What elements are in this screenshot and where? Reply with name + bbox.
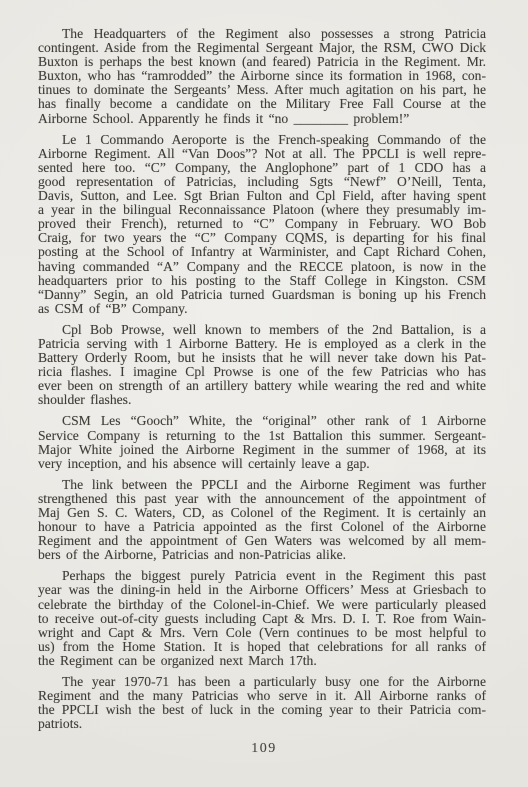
text-line: celebrate the birthday of the Colonel-in… [38, 598, 486, 612]
text-line: the Regiment can be organized next March… [38, 654, 486, 668]
text-line: Buxton is perhaps the best known (and fe… [38, 55, 486, 69]
text-line: Patricia serving with 1 Airborne Battery… [38, 337, 486, 351]
text-line: Cpl Bob Prowse, well known to members of… [38, 323, 486, 337]
text-line: to receive out-of-city guests including … [38, 612, 486, 626]
paragraph: Cpl Bob Prowse, well known to members of… [38, 323, 486, 408]
text-line: Buxton, who has “ramrodded” the Airborne… [38, 69, 486, 83]
text-line: Battery Orderly Room, but he insists tha… [38, 351, 486, 365]
paragraph: Perhaps the biggest purely Patricia even… [38, 569, 486, 668]
text-line: the PPCLI wish the best of luck in the c… [38, 703, 486, 717]
text-line: Craig, for two years the “C” Company CQM… [38, 231, 486, 245]
paragraph: Le 1 Commando Aeroporte is the French-sp… [38, 133, 486, 316]
text-line: Major White joined the Airborne Regiment… [38, 443, 486, 457]
text-line: a year in the bilingual Reconnaissance P… [38, 203, 486, 217]
text-line: having commanded “A” Company and the REC… [38, 260, 486, 274]
text-line: Regiment and the appointment of Gen Wate… [38, 534, 486, 548]
text-line: good representation of Patricias, includ… [38, 175, 486, 189]
text-line: ricia flashes. I imagine Cpl Prowse is o… [38, 365, 486, 379]
text-line: The year 1970-71 has been a particularly… [38, 675, 486, 689]
text-line: Maj Gen S. C. Waters, CD, as Colonel of … [38, 506, 486, 520]
text-line: “Danny” Segin, an old Patricia turned Gu… [38, 288, 486, 302]
page-number: 109 [0, 741, 528, 757]
text-line: Airborne School. Apparently he finds it … [38, 112, 486, 126]
text-line: Regiment and the many Patricias who serv… [38, 689, 486, 703]
text-line: honour to have a Patricia appointed as t… [38, 520, 486, 534]
text-line: Service Company is returning to the 1st … [38, 429, 486, 443]
text-line: tinues to dominate the Sergeants’ Mess. … [38, 83, 486, 97]
text-line: as CSM of “B” Company. [38, 302, 486, 316]
text-line: very inception, and his absence will cer… [38, 457, 486, 471]
text-line: bers of the Airborne, Patricias and non-… [38, 548, 486, 562]
text-line: Perhaps the biggest purely Patricia even… [38, 569, 486, 583]
paragraph: The Headquarters of the Regiment also po… [38, 27, 486, 126]
document-page: The Headquarters of the Regiment also po… [0, 0, 528, 787]
text-line: proved their French), returned to “C” Co… [38, 217, 486, 231]
text-line: us) from the Home Station. It is hoped t… [38, 640, 486, 654]
text-line: contingent. Aside from the Regimental Se… [38, 41, 486, 55]
text-line: has finally become a candidate on the Mi… [38, 97, 486, 111]
text-line: CSM Les “Gooch” White, the “original” ot… [38, 414, 486, 428]
text-line: The link between the PPCLI and the Airbo… [38, 478, 486, 492]
text-line: strengthened this past year with the ann… [38, 492, 486, 506]
paragraph: The year 1970-71 has been a particularly… [38, 675, 486, 731]
text-line: Davis, Sutton, and Lee. Sgt Brian Fulton… [38, 189, 486, 203]
text-line: Le 1 Commando Aeroporte is the French-sp… [38, 133, 486, 147]
text-line: posting at the School of Infantry at War… [38, 245, 486, 259]
text-line: year was the dining-in held in the Airbo… [38, 583, 486, 597]
text-line: headquarters prior to his posting to the… [38, 274, 486, 288]
text-line: ever been on strength of an artillery ba… [38, 379, 486, 393]
paragraph: CSM Les “Gooch” White, the “original” ot… [38, 414, 486, 470]
text-line: Airborne Regiment. All “Van Doos”? Not a… [38, 147, 486, 161]
text-line: The Headquarters of the Regiment also po… [38, 27, 486, 41]
page-text: The Headquarters of the Regiment also po… [38, 27, 486, 731]
paragraph: The link between the PPCLI and the Airbo… [38, 478, 486, 563]
text-line: patriots. [38, 717, 486, 731]
text-line: sented here too. “C” Company, the Anglop… [38, 161, 486, 175]
text-line: wright and Capt & Mrs. Vern Cole (Vern c… [38, 626, 486, 640]
text-line: shoulder flashes. [38, 393, 486, 407]
